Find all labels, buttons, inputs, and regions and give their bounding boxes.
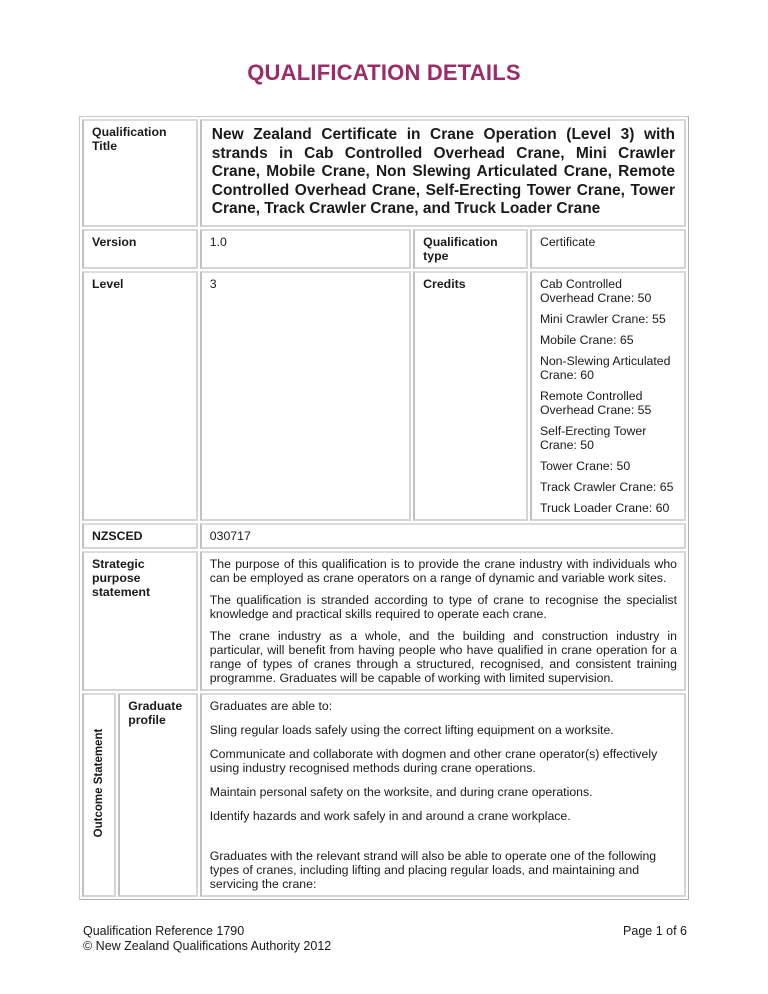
strategic-purpose-label: Strategic purpose statement xyxy=(82,551,198,691)
qualification-reference: Qualification Reference 1790 xyxy=(83,924,331,939)
row-level: Level 3 Credits Cab Controlled Overhead … xyxy=(82,271,686,521)
page-footer: Qualification Reference 1790 © New Zeala… xyxy=(83,924,687,954)
nzsced-value: 030717 xyxy=(200,523,686,549)
credit-item: Track Crawler Crane: 65 xyxy=(540,480,677,494)
nzsced-label: NZSCED xyxy=(82,523,198,549)
row-qualification-title: Qualification Title New Zealand Certific… xyxy=(82,119,686,227)
row-strategic-purpose: Strategic purpose statement The purpose … xyxy=(82,551,686,691)
credit-item: Non-Slewing Articulated Crane: 60 xyxy=(540,354,677,382)
row-version: Version 1.0 Qualification type Certifica… xyxy=(82,229,686,269)
version-label: Version xyxy=(82,229,198,269)
credits-list: Cab Controlled Overhead Crane: 50 Mini C… xyxy=(530,271,686,521)
graduate-profile-item: Communicate and collaborate with dogmen … xyxy=(210,747,677,775)
strategic-purpose-cell: The purpose of this qualification is to … xyxy=(200,551,686,691)
credits-label: Credits xyxy=(413,271,528,521)
credit-item: Remote Controlled Overhead Crane: 55 xyxy=(540,389,677,417)
qualification-title-label: Qualification Title xyxy=(82,119,198,227)
row-nzsced: NZSCED 030717 xyxy=(82,523,686,549)
level-value: 3 xyxy=(200,271,411,521)
graduate-profile-strand-text: Graduates with the relevant strand will … xyxy=(210,849,677,891)
graduate-profile-item: Sling regular loads safely using the cor… xyxy=(210,723,677,737)
credit-item: Mobile Crane: 65 xyxy=(540,333,677,347)
qualification-type-label: Qualification type xyxy=(413,229,528,269)
graduate-profile-item: Identify hazards and work safely in and … xyxy=(210,809,677,823)
outcome-statement-cell: Outcome Statement xyxy=(82,693,116,897)
graduate-profile-label: Graduate profile xyxy=(118,693,198,897)
credit-item: Self-Erecting Tower Crane: 50 xyxy=(540,424,677,452)
qualification-type-value: Certificate xyxy=(530,229,686,269)
version-value: 1.0 xyxy=(200,229,411,269)
credit-item: Mini Crawler Crane: 55 xyxy=(540,312,677,326)
qualification-title-value: New Zealand Certificate in Crane Operati… xyxy=(210,125,677,221)
credit-item: Tower Crane: 50 xyxy=(540,459,677,473)
level-label: Level xyxy=(82,271,198,521)
row-graduate-profile: Outcome Statement Graduate profile Gradu… xyxy=(82,693,686,897)
copyright-notice: © New Zealand Qualifications Authority 2… xyxy=(83,939,331,954)
outcome-statement-label: Outcome Statement xyxy=(92,728,106,837)
page-title: QUALIFICATION DETAILS xyxy=(0,60,768,86)
strategic-purpose-paragraph: The crane industry as a whole, and the b… xyxy=(210,629,677,685)
strategic-purpose-paragraph: The qualification is stranded according … xyxy=(210,593,677,621)
strategic-purpose-paragraph: The purpose of this qualification is to … xyxy=(210,557,677,585)
credit-item: Truck Loader Crane: 60 xyxy=(540,501,677,515)
page-number: Page 1 of 6 xyxy=(623,924,687,939)
qualification-title-cell: New Zealand Certificate in Crane Operati… xyxy=(200,119,686,227)
graduate-profile-cell: Graduates are able to: Sling regular loa… xyxy=(200,693,686,897)
graduate-profile-intro: Graduates are able to: xyxy=(210,699,677,713)
qualification-details-table: Qualification Title New Zealand Certific… xyxy=(79,116,689,900)
credit-item: Cab Controlled Overhead Crane: 50 xyxy=(540,277,677,305)
graduate-profile-item: Maintain personal safety on the worksite… xyxy=(210,785,677,799)
